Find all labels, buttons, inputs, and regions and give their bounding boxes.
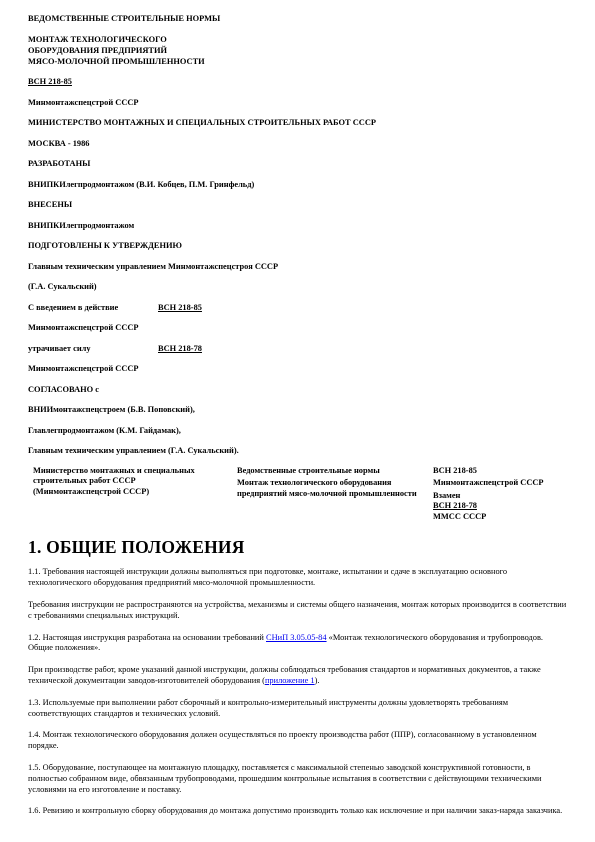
prilozhenie-1-link[interactable]: приложение 1 (265, 676, 315, 685)
paragraph-1-5: 1.5. Оборудование, поступающее на монтаж… (28, 763, 568, 795)
vsn-218-78-superseded-link[interactable]: ВСН 218-78 (158, 344, 202, 353)
prepared-label: ПОДГОТОВЛЕНЫ К УТВЕРЖДЕНИЮ (28, 240, 568, 251)
tabbed-label: С введением в действие (28, 302, 158, 313)
developed-label: РАЗРАБОТАНЫ (28, 158, 568, 169)
paragraph-1-2: 1.2. Настоящая инструкция разработана на… (28, 633, 568, 655)
agreed-org-2-line: Главлегпродмонтажом (К.М. Гайдамак), (28, 425, 568, 436)
header-doctype-cell: Ведомственные строительные нормы Монтаж … (237, 466, 433, 525)
superseded-org-line: Минмонтажспецстрой СССР (28, 363, 568, 374)
agreed-org-1-line: ВНИИмонтажспецстроем (Б.В. Поповский), (28, 404, 568, 415)
section-1-body: 1.1. Требования настоящей инструкции дол… (28, 567, 568, 817)
effective-org-line: Минмонтажспецстрой СССР (28, 322, 568, 333)
doc-title: МОНТАЖ ТЕХНОЛОГИЧЕСКОГООБОРУДОВАНИЯ ПРЕД… (28, 34, 568, 67)
paragraph-1-3: 1.3. Используемые при выполнении работ с… (28, 698, 568, 720)
header-doctype-label: Ведомственные строительные нормы (237, 466, 423, 477)
header-ministry-cell: Министерство монтажных и специальныхстро… (33, 466, 237, 525)
agreed-org-3-line: Главным техническим управлением (Г.А. Су… (28, 445, 568, 456)
section-1-heading: 1. ОБЩИЕ ПОЛОЖЕНИЯ (28, 537, 568, 557)
paragraph-1-6: 1.6. Ревизию и контрольную сборку оборуд… (28, 806, 568, 817)
developed-by-line: ВНИПКИлегпродмонтажом (В.И. Кобцев, П.М.… (28, 179, 568, 190)
document-preamble: ВЕДОМСТВЕННЫЕ СТРОИТЕЛЬНЫЕ НОРМЫ МОНТАЖ … (28, 13, 568, 456)
doc-number-link[interactable]: ВСН 218-85 (28, 77, 72, 86)
snip-3-05-05-84-link[interactable]: СНиП 3.05.05-84 (266, 633, 327, 642)
header-doc-number: ВСН 218-85 (433, 466, 563, 477)
paragraph-1-1: 1.1. Требования настоящей инструкции дол… (28, 567, 568, 589)
doc-type-line: ВЕДОМСТВЕННЫЕ СТРОИТЕЛЬНЫЕ НОРМЫ (28, 13, 568, 24)
paragraph-1-2-note: При производстве работ, кроме указаний д… (28, 665, 568, 687)
superseded-line: утрачивает силуВСН 218-78 (28, 343, 568, 354)
effective-line: С введением в действиеВСН 218-85 (28, 302, 568, 313)
header-replaces-block: ВзаменВСН 218-78ММСС СССР (433, 491, 563, 523)
agreed-label: СОГЛАСОВАНО с (28, 384, 568, 395)
paragraph-1-4: 1.4. Монтаж технологического оборудовани… (28, 730, 568, 752)
ministry-full-line: МИНИСТЕРСТВО МОНТАЖНЫХ И СПЕЦИАЛЬНЫХ СТР… (28, 117, 568, 128)
header-org-name: Минмонтажспецстрой СССР (433, 478, 563, 489)
prepared-person-line: (Г.А. Сукальский) (28, 281, 568, 292)
prepared-by-line: Главным техническим управлением Минмонта… (28, 261, 568, 272)
ministry-short-line: Минмонтажспецстрой СССР (28, 97, 568, 108)
header-table-row: Министерство монтажных и специальныхстро… (33, 466, 573, 525)
tabbed-label: утрачивает силу (28, 343, 158, 354)
vsn-218-85-effective-link[interactable]: ВСН 218-85 (158, 303, 202, 312)
city-year-line: МОСКВА - 1986 (28, 138, 568, 149)
header-ministry-text: Министерство монтажных и специальныхстро… (33, 466, 227, 498)
submitted-by-line: ВНИПКИлегпродмонтажом (28, 220, 568, 231)
submitted-label: ВНЕСЕНЫ (28, 199, 568, 210)
document-page: ВЕДОМСТВЕННЫЕ СТРОИТЕЛЬНЫЕ НОРМЫ МОНТАЖ … (0, 0, 595, 817)
header-doc-title: Монтаж технологического оборудованияпред… (237, 478, 423, 499)
document-header-table: Министерство монтажных и специальныхстро… (33, 466, 573, 525)
vsn-218-78-table-link[interactable]: ВСН 218-78 (433, 501, 477, 510)
paragraph-1-1-note: Требования инструкции не распространяютс… (28, 600, 568, 622)
doc-number-line: ВСН 218-85 (28, 76, 568, 87)
header-number-cell: ВСН 218-85 Минмонтажспецстрой СССР Взаме… (433, 466, 573, 525)
